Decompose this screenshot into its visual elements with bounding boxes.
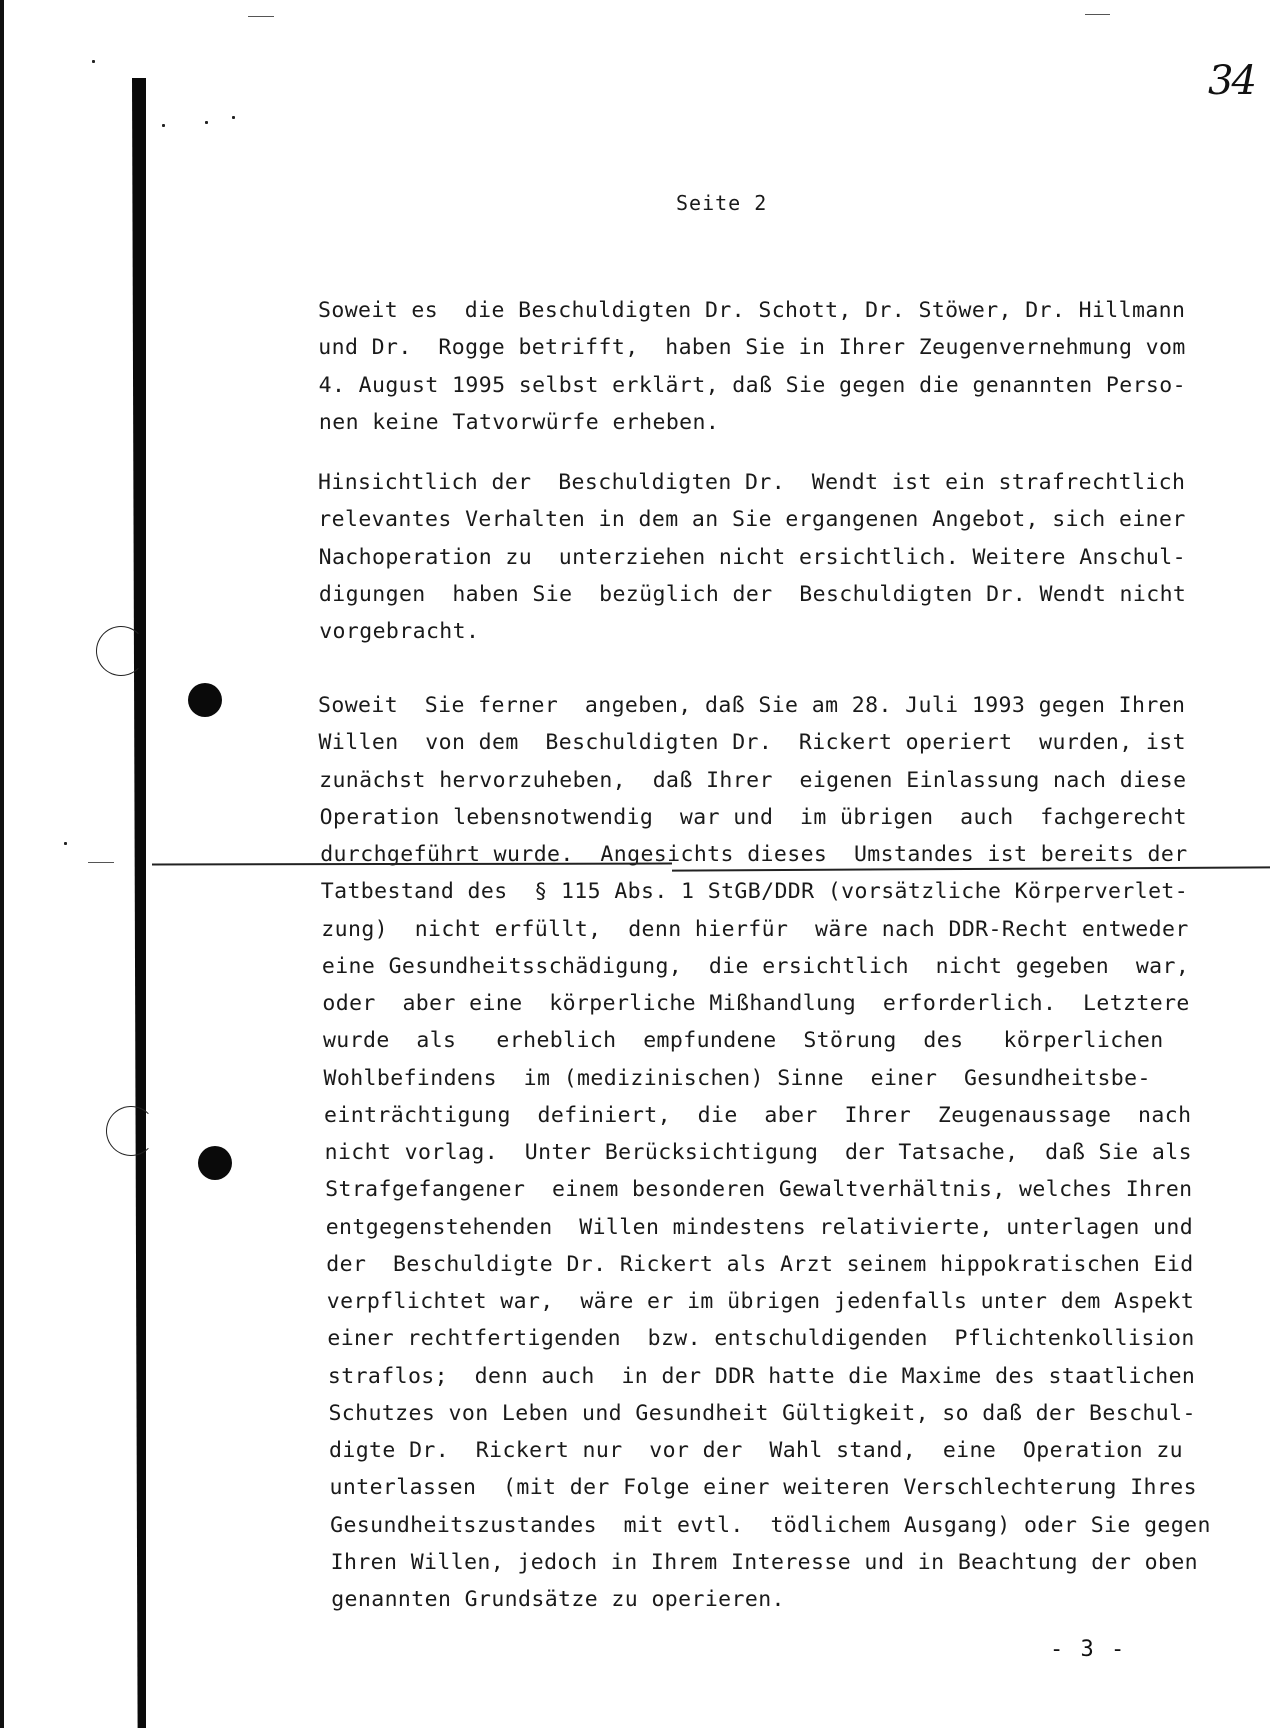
scan-speck (232, 116, 235, 119)
paragraph-3-line: straflos; denn auch in der DDR hatte die… (328, 1364, 1195, 1389)
paragraph-3-line: oder aber eine körperliche Mißhandlung e… (322, 991, 1189, 1016)
paragraph-3-line: einträchtigung definiert, die aber Ihrer… (324, 1103, 1191, 1128)
paragraph-3-line: Ihren Willen, jedoch in Ihrem Interesse … (331, 1550, 1198, 1575)
paragraph-3-line: eine Gesundheitsschädigung, die ersichtl… (322, 954, 1189, 979)
page-heading: Seite 2 (676, 191, 767, 215)
punch-hole-outline-top (96, 626, 146, 676)
page-footer-number: - 3 - (1050, 1637, 1126, 1662)
handwritten-folio-number: 34 (1208, 58, 1255, 104)
paragraph-3-line: unterlassen (mit der Folge einer weitere… (330, 1475, 1197, 1500)
paragraph-3-line: Soweit Sie ferner angeben, daß Sie am 28… (318, 693, 1185, 718)
underline-mark (672, 866, 1270, 871)
punch-hole-mark-bottom (198, 1146, 232, 1180)
paragraph-1-line: 4. August 1995 selbst erklärt, daß Sie g… (319, 373, 1186, 398)
scan-speck (162, 124, 165, 127)
paragraph-3-line: Gesundheitszustandes mit evtl. tödlichem… (330, 1513, 1211, 1538)
scan-speck (64, 842, 67, 845)
scan-artifact-line (88, 862, 114, 863)
scanned-document-page: 34 Seite 2 Soweit es die Beschuldigten D… (0, 0, 1275, 1728)
paragraph-3-line: verpflichtet war, wäre er im übrigen jed… (327, 1289, 1194, 1314)
paragraph-3-line: einer rechtfertigenden bzw. entschuldige… (327, 1326, 1194, 1351)
paragraph-3-line: zung) nicht erfüllt, denn hierfür wäre n… (321, 917, 1188, 942)
paragraph-1-line: nen keine Tatvorwürfe erheben. (319, 410, 719, 435)
paragraph-2-line: relevantes Verhalten in dem an Sie ergan… (318, 507, 1185, 532)
paragraph-3-line: zunächst hervorzuheben, daß Ihrer eigene… (319, 768, 1186, 793)
paragraph-2-line: Hinsichtlich der Beschuldigten Dr. Wendt… (318, 470, 1185, 495)
paragraph-3-line: Wohlbefindens im (medizinischen) Sinne e… (324, 1066, 1151, 1091)
binder-margin-bar (132, 78, 146, 1728)
paragraph-3-line: Operation lebensnotwendig war und im übr… (320, 805, 1187, 830)
scan-speck (92, 60, 95, 63)
scan-speck (205, 121, 208, 124)
paragraph-3-line: Strafgefangener einem besonderen Gewaltv… (325, 1177, 1192, 1202)
paragraph-3-line: wurde als erheblich empfundene Störung d… (323, 1028, 1164, 1053)
paragraph-3-line: Tatbestand des § 115 Abs. 1 StGB/DDR (vo… (321, 879, 1188, 904)
scan-artifact-line (248, 16, 274, 17)
paragraph-1-line: und Dr. Rogge betrifft, haben Sie in Ihr… (318, 335, 1185, 360)
paragraph-3-line: entgegenstehenden Willen mindestens rela… (326, 1215, 1193, 1240)
paragraph-3-line: digte Dr. Rickert nur vor der Wahl stand… (329, 1438, 1183, 1463)
paragraph-2-line: vorgebracht. (319, 619, 479, 644)
paragraph-2-line: digungen haben Sie bezüglich der Beschul… (319, 582, 1186, 607)
paragraph-3-line: der Beschuldigte Dr. Rickert als Arzt se… (326, 1252, 1193, 1277)
paragraph-3-line: nicht vorlag. Unter Berücksichtigung der… (325, 1140, 1192, 1165)
punch-hole-mark-top (188, 683, 222, 717)
scan-edge-shadow (0, 0, 4, 1728)
paragraph-3-line: Willen von dem Beschuldigten Dr. Rickert… (319, 730, 1186, 755)
paragraph-2-line: Nachoperation zu unterziehen nicht ersic… (319, 545, 1186, 570)
paragraph-1-line: Soweit es die Beschuldigten Dr. Schott, … (318, 298, 1185, 323)
punch-hole-outline-bottom (106, 1106, 156, 1156)
paragraph-3-line: Schutzes von Leben und Gesundheit Gültig… (328, 1401, 1195, 1426)
scan-artifact-line (1085, 14, 1110, 15)
paragraph-3-line: genannten Grundsätze zu operieren. (331, 1587, 785, 1612)
